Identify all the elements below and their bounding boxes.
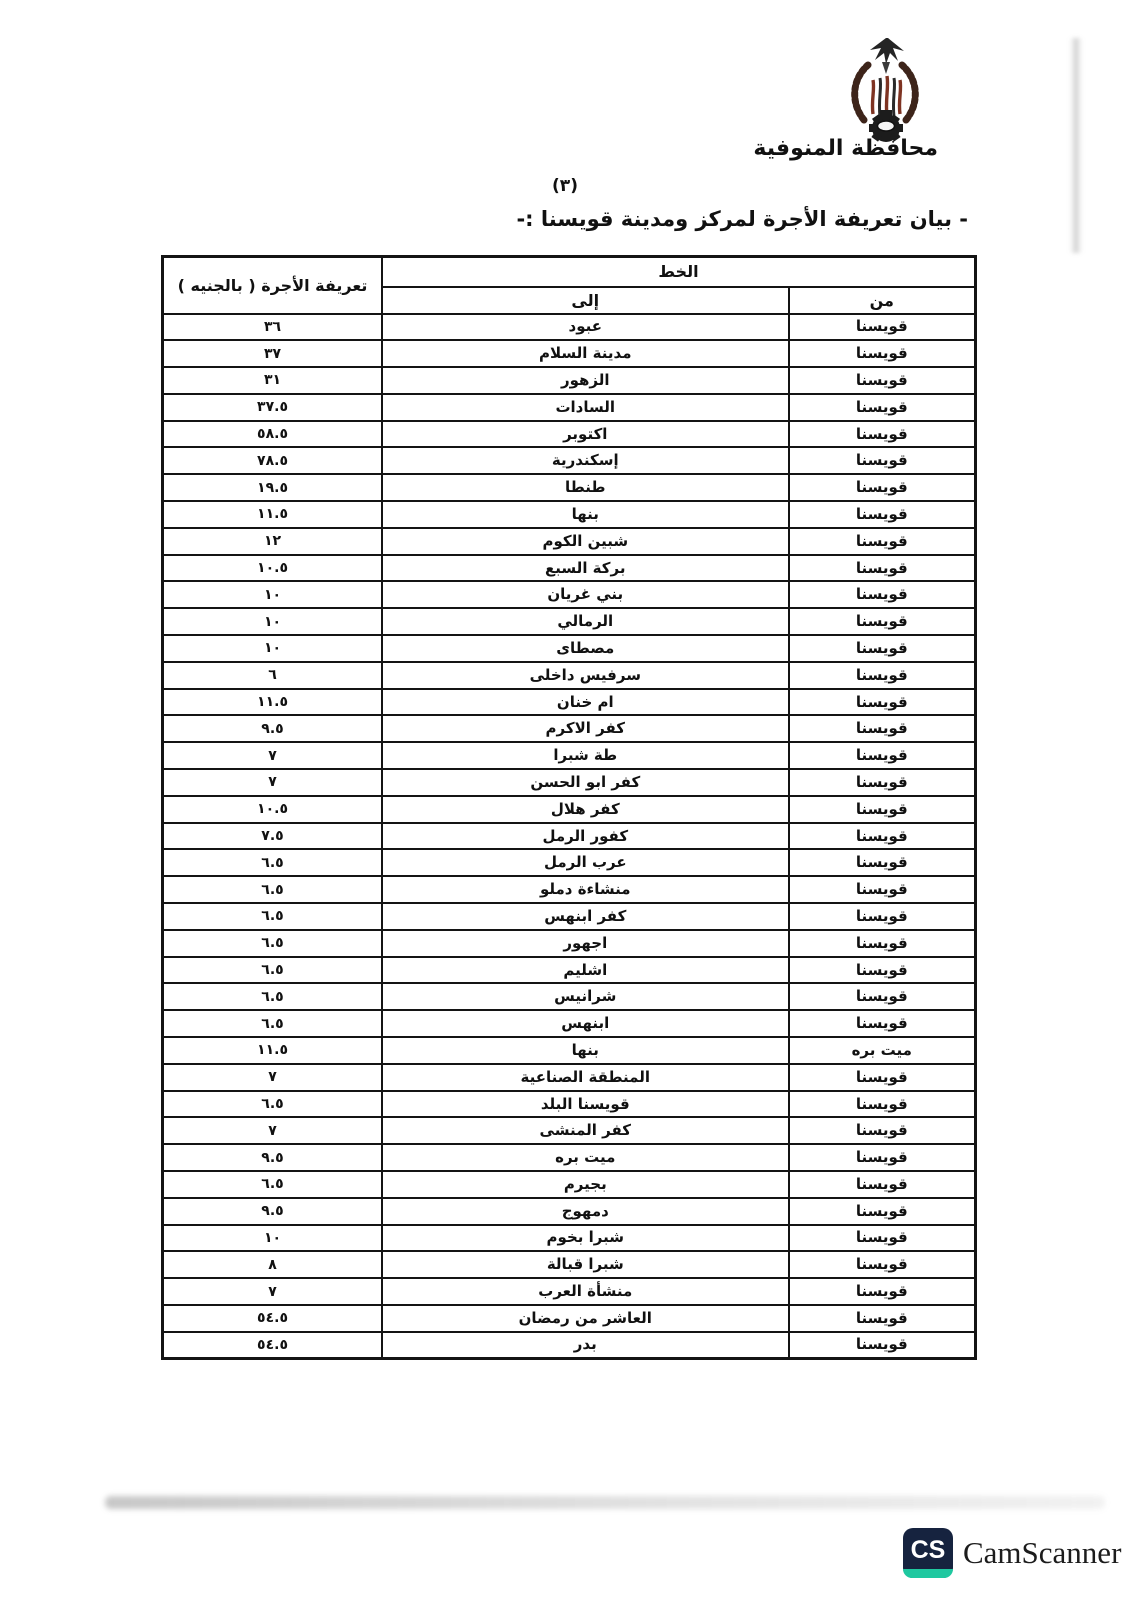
cell-to: بدر: [382, 1332, 789, 1359]
cell-fare: ١٢: [163, 528, 383, 555]
fare-row: قويسناكفر ابو الحسن٧: [163, 769, 976, 796]
cell-fare: ٦.٥: [163, 1091, 383, 1118]
fare-row: قويسنادمهوج٩.٥: [163, 1198, 976, 1225]
cell-to: شرانيس: [382, 983, 789, 1010]
cell-to: اشليم: [382, 957, 789, 984]
cell-to: بنها: [382, 501, 789, 528]
cell-fare: ٧.٥: [163, 823, 383, 850]
fare-row: قويسناإسكندرية٧٨.٥: [163, 447, 976, 474]
cell-to: مدينة السلام: [382, 340, 789, 367]
cell-from: قويسنا: [789, 930, 976, 957]
cell-to: عبود: [382, 314, 789, 341]
fare-row: قويسناسرفيس داخلى٦: [163, 662, 976, 689]
fare-row: قويسناكفر الاكرم٩.٥: [163, 715, 976, 742]
cell-to: ابنهس: [382, 1010, 789, 1037]
cell-fare: ١٠.٥: [163, 796, 383, 823]
cell-from: قويسنا: [789, 983, 976, 1010]
fare-row: قويسناكفر ابنهس٦.٥: [163, 903, 976, 930]
cell-to: بركة السبع: [382, 555, 789, 582]
fare-row: قويسنابني غريان١٠: [163, 581, 976, 608]
cell-from: قويسنا: [789, 689, 976, 716]
fare-row: قويسناكفر هلال١٠.٥: [163, 796, 976, 823]
cell-from: قويسنا: [789, 555, 976, 582]
cell-fare: ١٠: [163, 1225, 383, 1252]
cell-from: قويسنا: [789, 823, 976, 850]
cell-fare: ٣٧.٥: [163, 394, 383, 421]
cell-fare: ٦.٥: [163, 903, 383, 930]
fare-row: قويسناام خنان١١.٥: [163, 689, 976, 716]
eagle-emblem-icon: [842, 34, 930, 144]
page-number: (٣): [0, 176, 1130, 196]
cell-to: كفر هلال: [382, 796, 789, 823]
cell-to: طنطا: [382, 474, 789, 501]
cell-to: السادات: [382, 394, 789, 421]
cell-from: قويسنا: [789, 903, 976, 930]
cell-from: قويسنا: [789, 1010, 976, 1037]
cell-from: قويسنا: [789, 421, 976, 448]
fare-row: قويسنامدينة السلام٣٧: [163, 340, 976, 367]
cell-fare: ٦.٥: [163, 849, 383, 876]
cell-to: دمهوج: [382, 1198, 789, 1225]
fare-row: قويسنابجيرم٦.٥: [163, 1171, 976, 1198]
cell-to: كفر المنشى: [382, 1117, 789, 1144]
cell-to: المنطقة الصناعية: [382, 1064, 789, 1091]
cell-fare: ١١.٥: [163, 689, 383, 716]
document-title: - بيان تعريفة الأجرة لمركز ومدينة قويسنا…: [516, 207, 968, 231]
cell-to: الزهور: [382, 367, 789, 394]
cell-to: شبرا بخوم: [382, 1225, 789, 1252]
cell-from: قويسنا: [789, 367, 976, 394]
governorate-name: محافظة المنوفية: [753, 136, 938, 161]
cell-to: سرفيس داخلى: [382, 662, 789, 689]
cell-to: منشأة العرب: [382, 1278, 789, 1305]
cell-from: قويسنا: [789, 1332, 976, 1359]
cell-to: اجهور: [382, 930, 789, 957]
cell-fare: ٣٦: [163, 314, 383, 341]
cell-fare: ٧: [163, 742, 383, 769]
fare-row: قويسناالرمالي١٠: [163, 608, 976, 635]
cell-to: شبرا قبالة: [382, 1251, 789, 1278]
cell-from: قويسنا: [789, 608, 976, 635]
camscanner-label: CamScanner: [963, 1535, 1121, 1571]
cell-from: قويسنا: [789, 662, 976, 689]
cell-fare: ٦: [163, 662, 383, 689]
cell-from: قويسنا: [789, 394, 976, 421]
fare-tariff-table: الخط تعريفة الأجرة ( بالجنيه ) من إلى قو…: [161, 255, 977, 1360]
cell-from: قويسنا: [789, 581, 976, 608]
cell-fare: ٩.٥: [163, 715, 383, 742]
cell-to: مصطاى: [382, 635, 789, 662]
fare-row: قويسناطنطا١٩.٥: [163, 474, 976, 501]
fare-row: قويسناابنهس٦.٥: [163, 1010, 976, 1037]
cell-from: قويسنا: [789, 1305, 976, 1332]
cell-from: قويسنا: [789, 1144, 976, 1171]
fare-row: قويسنامصطاى١٠: [163, 635, 976, 662]
cell-to: شبين الكوم: [382, 528, 789, 555]
cell-fare: ٥٤.٥: [163, 1305, 383, 1332]
cell-fare: ٧: [163, 1064, 383, 1091]
fare-table-header: الخط تعريفة الأجرة ( بالجنيه ) من إلى: [163, 257, 976, 314]
camscanner-icon: CS: [903, 1528, 953, 1578]
cell-fare: ٦.٥: [163, 983, 383, 1010]
fare-row: قويسنااجهور٦.٥: [163, 930, 976, 957]
cell-from: قويسنا: [789, 1225, 976, 1252]
cell-from: قويسنا: [789, 1251, 976, 1278]
fare-row: قويسناشبرا قبالة٨: [163, 1251, 976, 1278]
cell-to: كفر ابو الحسن: [382, 769, 789, 796]
cell-fare: ٧٨.٥: [163, 447, 383, 474]
fare-row: قويسناالعاشر من رمضان٥٤.٥: [163, 1305, 976, 1332]
column-header-from: من: [789, 287, 976, 314]
fare-row: قويسنامنشأة العرب٧: [163, 1278, 976, 1305]
fare-row: قويسناالسادات٣٧.٥: [163, 394, 976, 421]
fare-row: قويسنابدر٥٤.٥: [163, 1332, 976, 1359]
column-header-fare: تعريفة الأجرة ( بالجنيه ): [163, 257, 383, 314]
cell-fare: ١٩.٥: [163, 474, 383, 501]
cell-fare: ٥٨.٥: [163, 421, 383, 448]
column-header-line: الخط: [382, 257, 975, 287]
cell-from: قويسنا: [789, 1117, 976, 1144]
cell-to: الرمالي: [382, 608, 789, 635]
cell-to: ميت بره: [382, 1144, 789, 1171]
cell-fare: ١١.٥: [163, 501, 383, 528]
fare-row: قويسناميت بره٩.٥: [163, 1144, 976, 1171]
cell-fare: ٧: [163, 1117, 383, 1144]
cell-to: إسكندرية: [382, 447, 789, 474]
fare-row: قويسناشرانيس٦.٥: [163, 983, 976, 1010]
fare-row: ميت برهبنها١١.٥: [163, 1037, 976, 1064]
cell-from: قويسنا: [789, 876, 976, 903]
cell-to: العاشر من رمضان: [382, 1305, 789, 1332]
fare-row: قويسناعرب الرمل٦.٥: [163, 849, 976, 876]
fare-row: قويسناطة شبرا٧: [163, 742, 976, 769]
cell-fare: ٣١: [163, 367, 383, 394]
cell-from: قويسنا: [789, 528, 976, 555]
scan-artifact-streak: [1070, 38, 1082, 253]
cell-from: ميت بره: [789, 1037, 976, 1064]
cell-fare: ٩.٥: [163, 1144, 383, 1171]
cell-to: اكتوبر: [382, 421, 789, 448]
cell-to: ام خنان: [382, 689, 789, 716]
cell-fare: ٦.٥: [163, 957, 383, 984]
cell-from: قويسنا: [789, 501, 976, 528]
menoufia-governorate-emblem-icon: [842, 34, 930, 144]
cell-fare: ٦.٥: [163, 930, 383, 957]
cell-to: كفر ابنهس: [382, 903, 789, 930]
cell-to: بني غريان: [382, 581, 789, 608]
fare-row: قويسنابنها١١.٥: [163, 501, 976, 528]
cell-to: طة شبرا: [382, 742, 789, 769]
scan-artifact-streak: [105, 1496, 1105, 1509]
cell-from: قويسنا: [789, 340, 976, 367]
cell-fare: ٦.٥: [163, 1010, 383, 1037]
fare-row: قويسناالزهور٣١: [163, 367, 976, 394]
cell-fare: ٧: [163, 769, 383, 796]
cell-fare: ٦.٥: [163, 1171, 383, 1198]
fare-row: قويسنااكتوبر٥٨.٥: [163, 421, 976, 448]
cell-to: كفر الاكرم: [382, 715, 789, 742]
fare-row: قويسناشبرا بخوم١٠: [163, 1225, 976, 1252]
column-header-to: إلى: [382, 287, 789, 314]
cell-to: كفور الرمل: [382, 823, 789, 850]
fare-row: قويسناشبين الكوم١٢: [163, 528, 976, 555]
fare-row: قويسنامنشاءة دملو٦.٥: [163, 876, 976, 903]
cell-from: قويسنا: [789, 796, 976, 823]
fare-table-body: قويسناعبود٣٦قويسنامدينة السلام٣٧قويسناال…: [163, 314, 976, 1359]
cell-fare: ١١.٥: [163, 1037, 383, 1064]
cell-from: قويسنا: [789, 769, 976, 796]
cell-fare: ١٠: [163, 608, 383, 635]
cell-to: منشاءة دملو: [382, 876, 789, 903]
cell-from: قويسنا: [789, 1064, 976, 1091]
cell-from: قويسنا: [789, 1091, 976, 1118]
cell-from: قويسنا: [789, 742, 976, 769]
fare-row: قويسناكفور الرمل٧.٥: [163, 823, 976, 850]
cell-to: عرب الرمل: [382, 849, 789, 876]
cell-fare: ٦.٥: [163, 876, 383, 903]
cell-from: قويسنا: [789, 314, 976, 341]
cell-fare: ٥٤.٥: [163, 1332, 383, 1359]
fare-row: قويسناالمنطقة الصناعية٧: [163, 1064, 976, 1091]
cell-from: قويسنا: [789, 1278, 976, 1305]
cell-from: قويسنا: [789, 1198, 976, 1225]
cell-from: قويسنا: [789, 957, 976, 984]
cell-from: قويسنا: [789, 635, 976, 662]
camscanner-icon-strip: [903, 1569, 953, 1578]
fare-row: قويسنااشليم٦.٥: [163, 957, 976, 984]
cell-fare: ١٠.٥: [163, 555, 383, 582]
cell-from: قويسنا: [789, 1171, 976, 1198]
cell-from: قويسنا: [789, 474, 976, 501]
fare-row: قويسناعبود٣٦: [163, 314, 976, 341]
cell-from: قويسنا: [789, 715, 976, 742]
fare-row: قويسناقويسنا البلد٦.٥: [163, 1091, 976, 1118]
fare-row: قويسنابركة السبع١٠.٥: [163, 555, 976, 582]
scanned-document-page: محافظة المنوفية (٣) - بيان تعريفة الأجرة…: [0, 0, 1130, 1600]
camscanner-watermark: CS CamScanner: [903, 1528, 1121, 1578]
cell-fare: ٣٧: [163, 340, 383, 367]
cell-fare: ٨: [163, 1251, 383, 1278]
cell-to: قويسنا البلد: [382, 1091, 789, 1118]
cell-to: بنها: [382, 1037, 789, 1064]
cell-to: بجيرم: [382, 1171, 789, 1198]
camscanner-badge-label: CS: [911, 1536, 946, 1565]
fare-row: قويسناكفر المنشى٧: [163, 1117, 976, 1144]
cell-from: قويسنا: [789, 849, 976, 876]
cell-from: قويسنا: [789, 447, 976, 474]
cell-fare: ٧: [163, 1278, 383, 1305]
cell-fare: ١٠: [163, 581, 383, 608]
cell-fare: ١٠: [163, 635, 383, 662]
cell-fare: ٩.٥: [163, 1198, 383, 1225]
